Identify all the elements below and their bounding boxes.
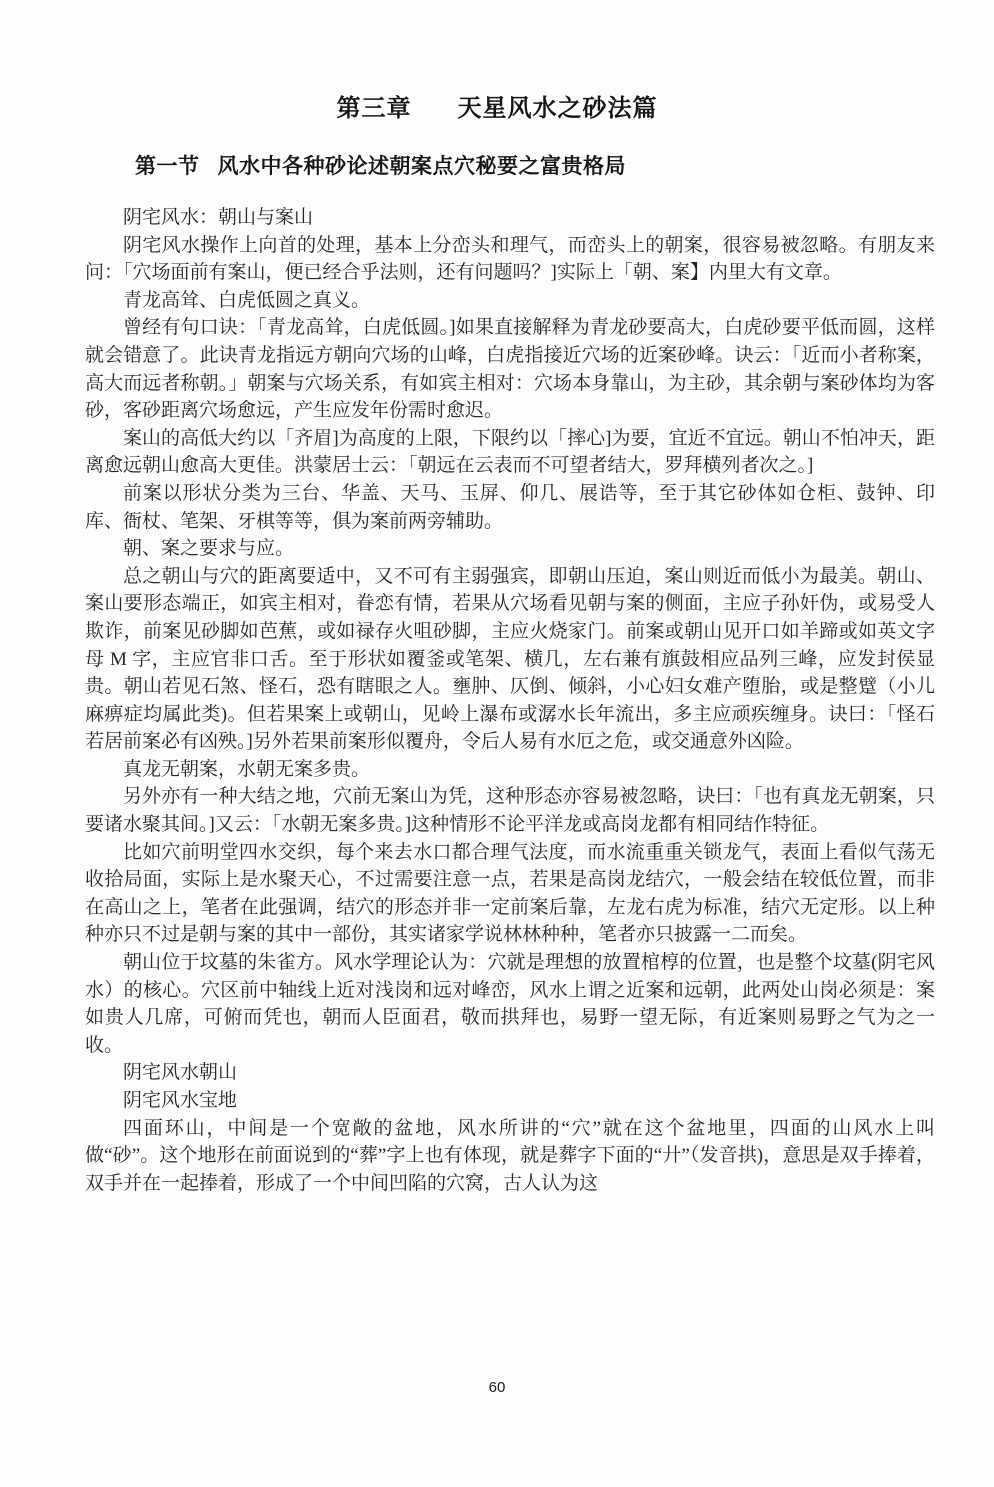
chapter-number: 第三章 bbox=[337, 95, 412, 122]
paragraph: 阴宅风水宝地 bbox=[85, 1087, 935, 1115]
paragraph: 青龙高耸、白虎低圆之真义。 bbox=[85, 287, 935, 315]
paragraph: 阴宅风水操作上向首的处理，基本上分峦头和理气，而峦头上的朝案，很容易被忽略。有朋… bbox=[85, 232, 935, 287]
section-title-text: 风水中各种砂论述朝案点穴秘要之富贵格局 bbox=[218, 155, 627, 178]
paragraph: 真龙无朝案，水朝无案多贵。 bbox=[85, 756, 935, 784]
paragraph: 朝山位于坟墓的朱雀方。风水学理论认为：穴就是理想的放置棺椁的位置，也是整个坟墓(… bbox=[85, 949, 935, 1059]
chapter-title: 第三章天星风水之砂法篇 bbox=[0, 0, 994, 123]
chapter-title-text: 天星风水之砂法篇 bbox=[458, 95, 658, 122]
paragraph: 朝、案之要求与应。 bbox=[85, 535, 935, 563]
document-page: 第三章天星风水之砂法篇 第一节风水中各种砂论述朝案点穴秘要之富贵格局 阴宅风水：… bbox=[0, 0, 994, 1487]
paragraph: 案山的高低大约以「齐眉]为高度的上限，下限约以「摔心]为要，宜近不宜远。朝山不怕… bbox=[85, 425, 935, 480]
paragraph: 另外亦有一种大结之地，穴前无案山为凭，这种形态亦容易被忽略，诀曰：「也有真龙无朝… bbox=[85, 783, 935, 838]
body-text: 阴宅风水：朝山与案山 阴宅风水操作上向首的处理，基本上分峦头和理气，而峦头上的朝… bbox=[85, 204, 935, 1197]
paragraph: 总之朝山与穴的距离要适中，又不可有主弱强宾，即朝山压迫，案山则近而低小为最美。朝… bbox=[85, 563, 935, 756]
section-title: 第一节风水中各种砂论述朝案点穴秘要之富贵格局 bbox=[135, 154, 935, 180]
paragraph: 四面环山，中间是一个宽敞的盆地，风水所讲的“穴”就在这个盆地里，四面的山风水上叫… bbox=[85, 1115, 935, 1198]
section-number: 第一节 bbox=[135, 155, 200, 178]
paragraph: 前案以形状分类为三台、华盖、天马、玉屏、仰几、展诰等，至于其它砂体如仓柜、鼓钟、… bbox=[85, 480, 935, 535]
paragraph: 曾经有句口诀：「青龙高耸，白虎低圆。]如果直接解释为青龙砂要高大，白虎砂要平低而… bbox=[85, 314, 935, 424]
paragraph: 比如穴前明堂四水交织，每个来去水口都合理气法度，而水流重重关锁龙气，表面上看似气… bbox=[85, 839, 935, 949]
page-number: 60 bbox=[0, 1379, 994, 1396]
paragraph: 阴宅风水朝山 bbox=[85, 1059, 935, 1087]
paragraph: 阴宅风水：朝山与案山 bbox=[85, 204, 935, 232]
